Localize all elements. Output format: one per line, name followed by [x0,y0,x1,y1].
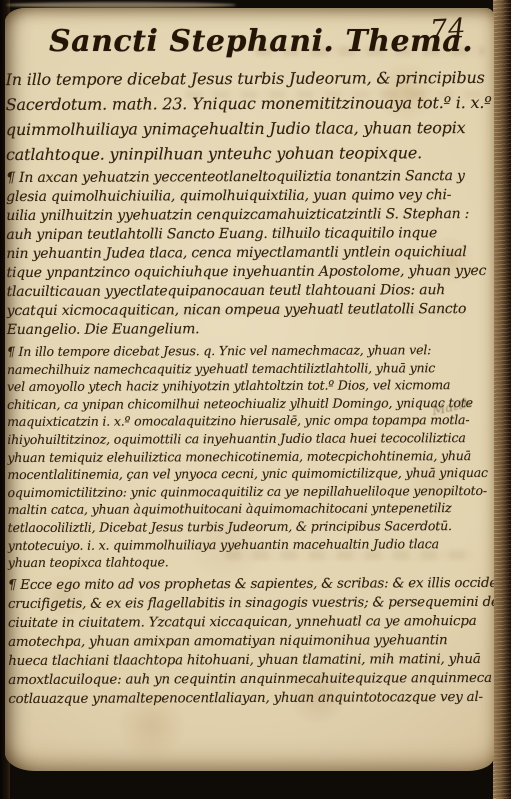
manuscript-line: namechilhuiz namechcaquitiz yyehuatl tem… [7,359,493,379]
manuscript-line: amotechpa, yhuan amixpan amomatiyan niqu… [8,631,494,652]
manuscript-line: Euangelio. Die Euangelium. [7,319,493,340]
manuscript-line: nin yehuantin Judea tlaca, cenca miyectl… [6,243,492,264]
manuscript-page: 74 Sancti Stephani. Thema. In illo tempo… [5,8,494,771]
manuscript-line: chitican, ca ynipan chicomilhui neteochi… [7,394,493,414]
manuscript-line: ycatqui xicmocaquitican, nican ompeua yy… [7,300,493,321]
manuscript-line: glesia quimolhuichiuilia, quimolhuiquixt… [6,186,492,207]
manuscript-line: maquixticatzin i. x.º omocalaquitzino hi… [7,411,493,431]
manuscript-line: vel amoyollo ytech haciz ynihiyotzin ytl… [7,376,493,396]
manuscript-line: auh ynipan teutlahtolli Sancto Euang. ti… [6,224,492,245]
manuscript-line: yhuan teopixca tlahtoque. [8,552,494,572]
manuscript-line: tlacuilticauan yyectlatequipanocauan teu… [7,281,493,302]
paragraph: ¶ In axcan yehuatzin yeccenteotlaneltoqu… [6,167,493,340]
manuscript-line: tetlaocoliliztli, Dicebat Jesus turbis J… [8,517,494,537]
manuscript-line: tique ynpantzinco oquichiuhque inyehuant… [6,262,492,283]
manuscript-line: ihiyohuiltitzinoz, oquimottili ca inyehu… [7,429,493,449]
text-body: In illo tempore dicebat Jesus turbis Jud… [6,65,495,709]
page-title: Sancti Stephani. Thema. [49,24,473,59]
manuscript-line: crucifigetis, & ex eis flagellabitis in … [8,593,494,614]
manuscript-line: amoxtlacuiloque: auh yn cequintin anquin… [8,669,494,690]
manuscript-line: uilia ynilhuitzin yyehuatzin cenquizcama… [6,205,492,226]
manuscript-line: ¶ In axcan yehuatzin yeccenteotlaneltoqu… [6,167,492,188]
book-fore-edge [493,0,511,799]
manuscript-line: ¶ Ecce ego mito ad vos prophetas & sapie… [8,574,494,595]
manuscript-line: ciuitate in ciuitatem. Yzcatqui xiccaqui… [8,612,494,633]
paragraph: In illo tempore dicebat Jesus turbis Jud… [6,65,492,167]
manuscript-line: In illo tempore dicebat Jesus turbis Jud… [6,65,492,92]
manuscript-line: cotlauazque ynamaltepenocentlaliayan, yh… [8,688,494,709]
manuscript-line: ¶ In illo tempore dicebat Jesus. q. Ynic… [7,341,493,361]
paragraph: ¶ Ecce ego mito ad vos prophetas & sapie… [8,574,495,709]
manuscript-line: quimmolhuiliaya ynimaçehualtin Judio tla… [6,115,492,142]
manuscript-line: yhuan temiquiz elehuiliztica monechicoti… [7,447,493,467]
manuscript-line: catlahtoque. yninpilhuan ynteuhc yohuan … [6,140,492,167]
photo-background: 74 Sancti Stephani. Thema. In illo tempo… [0,0,511,799]
manuscript-line: Sacerdotum. math. 23. Yniquac monemititz… [6,90,492,117]
manuscript-line: oquimomictilitzino: ynic quinmocaquitili… [7,482,493,502]
manuscript-line: hueca tlachiani tlaachtopa hitohuani, yh… [8,650,494,671]
manuscript-line: maltin catca, yhuan àquimothuitocani àqu… [7,499,493,519]
paragraph: ¶ In illo tempore dicebat Jesus. q. Ynic… [7,341,494,572]
manuscript-line: mocentlalitinemia, çan vel ynyoca cecni,… [7,464,493,484]
manuscript-line: yntotecuiyo. i. x. quimmolhuiliaya yyehu… [8,534,494,554]
